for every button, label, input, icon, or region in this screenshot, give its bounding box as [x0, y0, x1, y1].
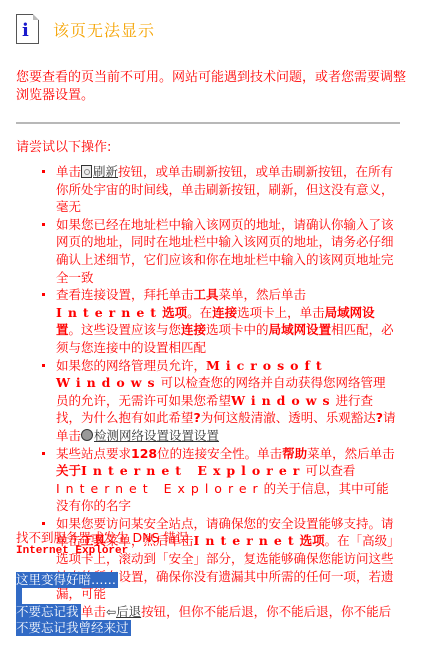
bullet-icon: [42, 364, 45, 367]
divider: [16, 122, 400, 124]
network-globe-icon[interactable]: [81, 429, 93, 441]
tip-bold-text: 128: [131, 446, 157, 461]
tip-text: 位的连接安全性。单击: [157, 446, 282, 461]
tip-bold-text: 选项: [300, 533, 325, 548]
tip-text: 选项卡中的: [206, 322, 269, 337]
tip-text: 查看连接设置，拜托单击: [56, 287, 194, 302]
intro-text: 您要查看的页当前不可用。网站可能遇到技术问题，或者您需要调整浏览器设置。: [16, 69, 406, 105]
page-title: 该页无法显示: [53, 18, 155, 41]
tip-bold-text: 帮助: [282, 446, 307, 461]
tip-spaced-text: Internet Explorer: [56, 481, 264, 496]
tip-bold-text: 选项: [162, 305, 187, 320]
selected-text-block[interactable]: 这里变得好暗…… 不要忘记我 不要忘记我曾经来过: [16, 572, 131, 636]
refresh-page-icon[interactable]: [81, 165, 92, 178]
error-subtitle: Internet Explorer: [16, 545, 128, 557]
tip-text: 选项卡上，单击: [237, 305, 325, 320]
bullet-icon: [42, 522, 45, 525]
info-icon: i: [16, 14, 39, 44]
tip-text: 某些站点要求: [56, 446, 131, 461]
tip-text: 如果您的网络管理员允许，: [56, 358, 206, 373]
tip-bold-text: 局域网设置: [269, 322, 332, 337]
tip-bold-text: 工具: [194, 287, 219, 302]
tip-link[interactable]: 检测网络设置设置设置: [94, 428, 219, 443]
tips-list: 单击刷新按钮，或单击刷新按钮，或单击刷新按钮，在所有你所处宇宙的时间线，单击刷新…: [40, 163, 396, 639]
bullet-icon: [42, 293, 45, 296]
error-title: 找不到服务器或发生 DNS 错误: [16, 528, 188, 546]
bullet-icon: [42, 170, 45, 173]
bullet-icon: [42, 452, 45, 455]
tip-bold-text: ?: [194, 410, 201, 425]
tip-text: 。在: [187, 305, 212, 320]
tip-text: 单击: [56, 164, 81, 179]
tip-bold-text: 连接: [181, 322, 206, 337]
tip-text: 。这些设置应该与您: [69, 322, 182, 337]
tip-bold-text: 关于: [56, 463, 81, 478]
bullet-icon: [42, 223, 45, 226]
try-label: 请尝试以下操作:: [16, 136, 111, 155]
tip-link[interactable]: 刷新: [93, 164, 118, 179]
tip-spaced-text: Internet Explorer: [81, 463, 305, 478]
tip-text: 可以查看: [305, 463, 355, 478]
tip-text: 为何这般清澈、透明、乐观豁达: [201, 410, 376, 425]
tip-spaced-text: Internet: [56, 305, 162, 320]
tip-item: 查看连接设置，拜托单击工具菜单，然后单击Internet选项。在连接选项卡上，单…: [40, 286, 396, 356]
tip-item: 如果您的网络管理员允许，Microsoft Windows可以检查您的网络并自动…: [40, 357, 396, 445]
tip-item: 如果您已经在地址栏中输入该网页的地址，请确认你输入了该网页的地址，同时在地址栏中…: [40, 216, 396, 286]
tip-text: 菜单，然后单击: [307, 446, 395, 461]
tip-text: 如果您已经在地址栏中输入该网页的地址，请确认你输入了该网页的地址，同时在地址栏中…: [56, 217, 394, 285]
tip-item: 单击刷新按钮，或单击刷新按钮，或单击刷新按钮，在所有你所处宇宙的时间线，单击刷新…: [40, 163, 396, 216]
tip-spaced-text: Internet: [194, 533, 300, 548]
selected-line-2-blank[interactable]: [16, 588, 22, 604]
tip-item: 某些站点要求128位的连接安全性。单击帮助菜单，然后单击关于Internet E…: [40, 445, 396, 515]
tip-bold-text: 连接: [212, 305, 237, 320]
tip-spaced-text: Windows: [231, 393, 336, 408]
tip-bold-text: ?: [376, 410, 383, 425]
selected-line-1[interactable]: 这里变得好暗……: [16, 572, 118, 588]
selected-line-3[interactable]: 不要忘记我: [16, 604, 81, 620]
selected-line-4[interactable]: 不要忘记我曾经来过: [16, 620, 131, 636]
page-header: i 该页无法显示: [16, 14, 155, 44]
tip-text: 菜单，然后单击: [219, 287, 307, 302]
